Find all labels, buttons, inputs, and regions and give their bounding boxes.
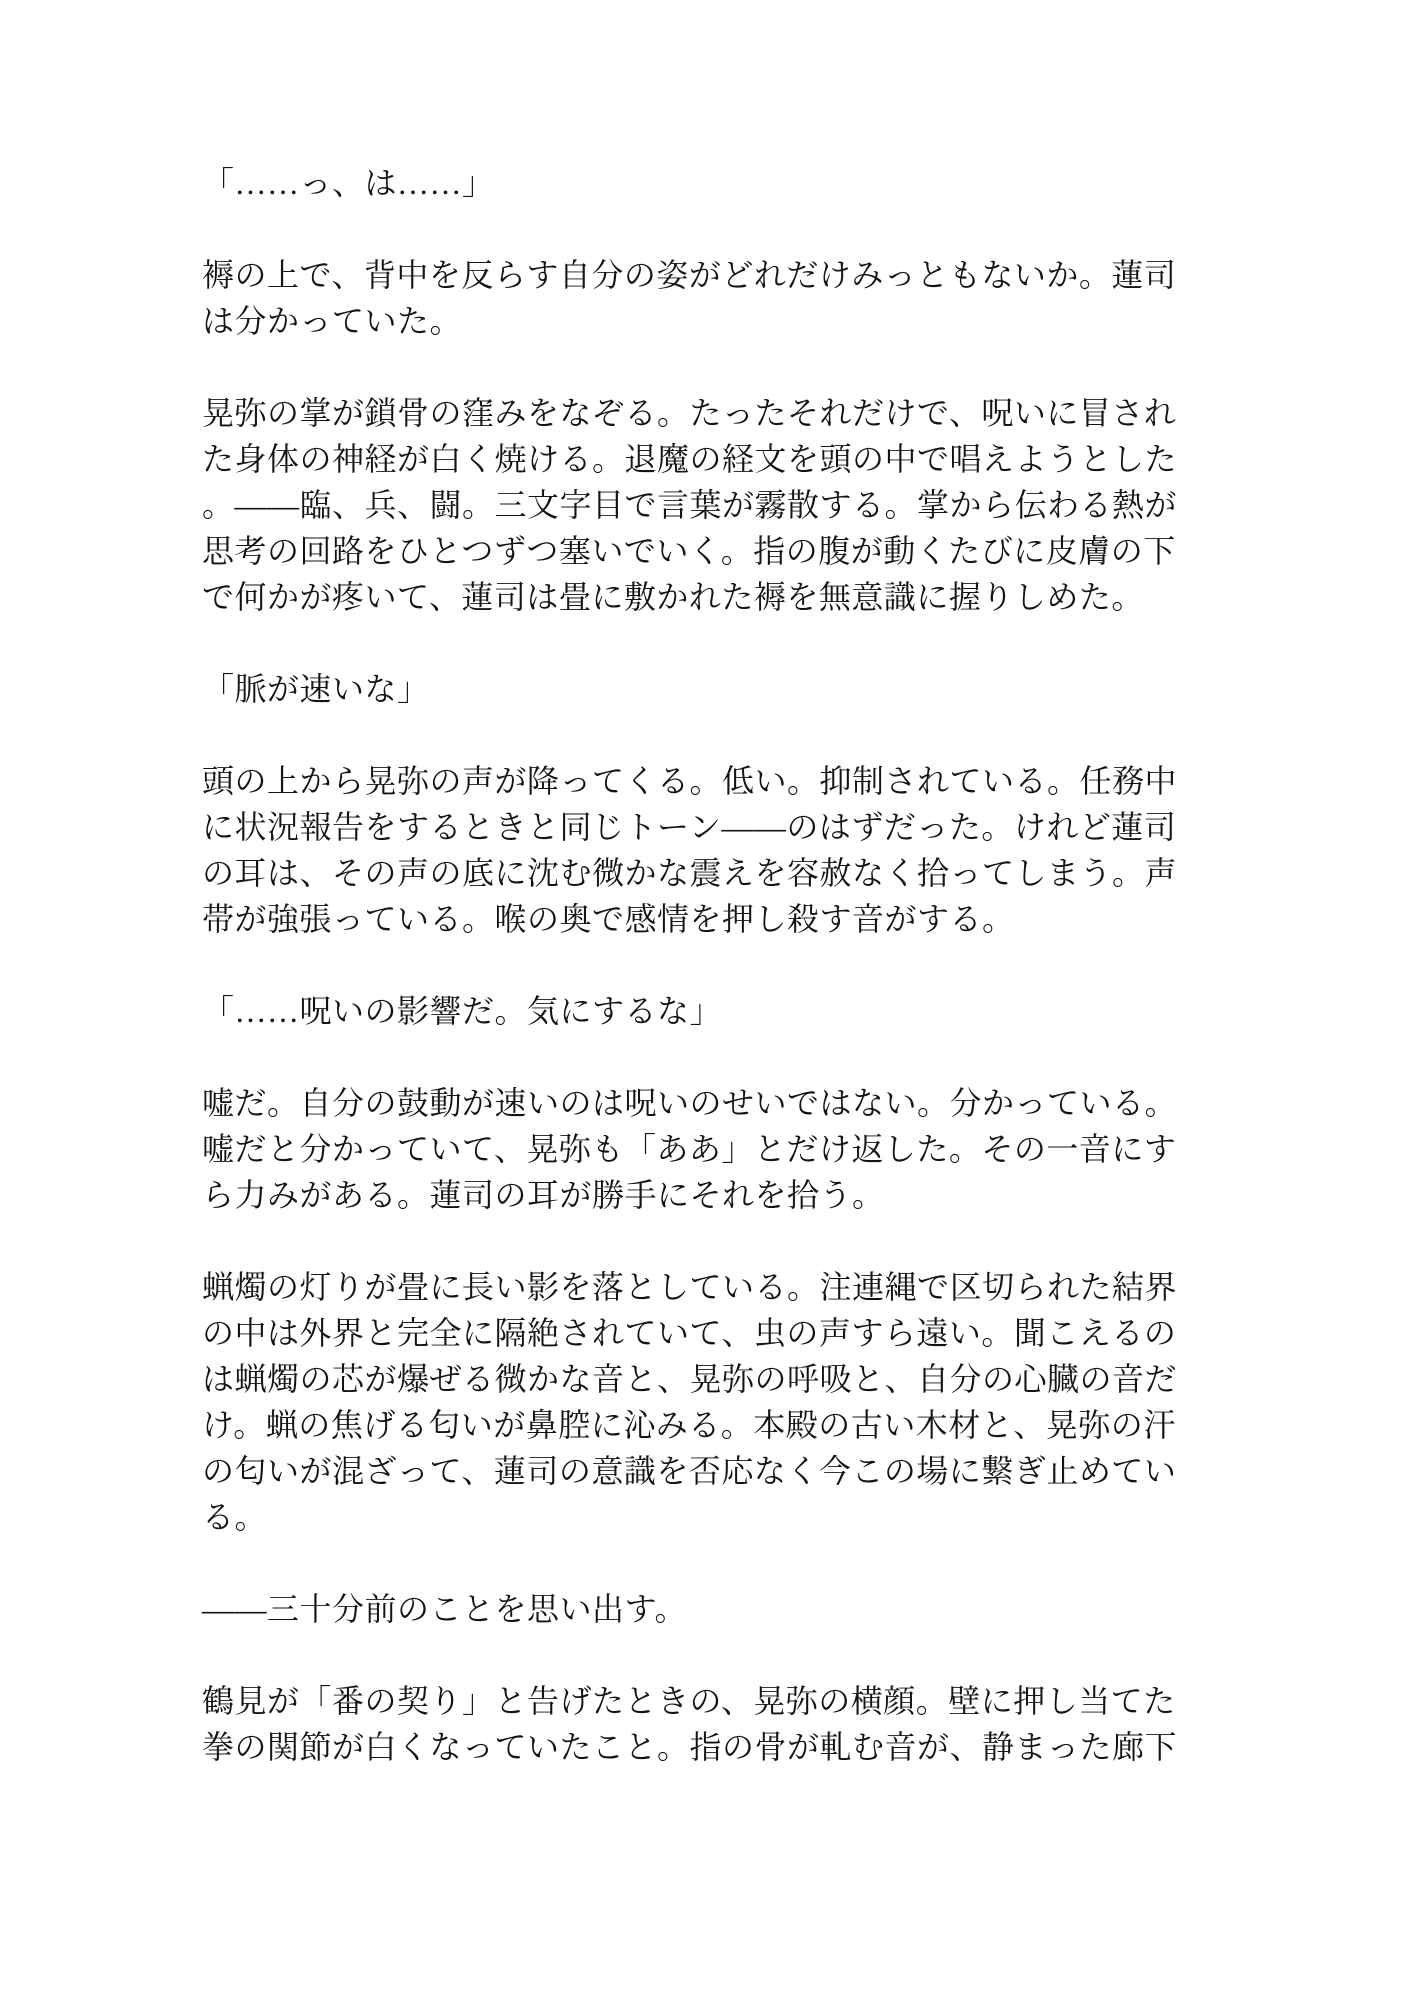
text-line: 思考の回路をひとつずつ塞いでいく。指の腹が動くたびに皮膚の下: [202, 528, 1222, 574]
text-line: 晃弥の掌が鎖骨の窪みをなぞる。たったそれだけで、呪いに冒され: [202, 390, 1222, 436]
text-line: ら力みがある。蓮司の耳が勝手にそれを拾う。: [202, 1172, 1222, 1218]
paragraph: 晃弥の掌が鎖骨の窪みをなぞる。たったそれだけで、呪いに冒された身体の神経が白く焼…: [202, 390, 1222, 620]
paragraph: 「……呪いの影響だ。気にするな」: [202, 988, 1222, 1034]
paragraph: 「脈が速いな」: [202, 666, 1222, 712]
text-line: 嘘だ。自分の鼓動が速いのは呪いのせいではない。分かっている。: [202, 1080, 1222, 1126]
text-line: 帯が強張っている。喉の奥で感情を押し殺す音がする。: [202, 896, 1222, 942]
text-line: 蝋燭の灯りが畳に長い影を落としている。注連縄で区切られた結界: [202, 1264, 1222, 1310]
paragraph: 褥の上で、背中を反らす自分の姿がどれだけみっともないか。蓮司は分かっていた。: [202, 252, 1222, 344]
text-line: の耳は、その声の底に沈む微かな震えを容赦なく拾ってしまう。声: [202, 850, 1222, 896]
paragraph: 「……っ、は……」: [202, 160, 1222, 206]
text-column: 「……っ、は……」褥の上で、背中を反らす自分の姿がどれだけみっともないか。蓮司は…: [202, 160, 1222, 1816]
text-line: の中は外界と完全に隔絶されていて、虫の声すら遠い。聞こえるの: [202, 1310, 1222, 1356]
text-line: は蝋燭の芯が爆ぜる微かな音と、晃弥の呼吸と、自分の心臓の音だ: [202, 1356, 1222, 1402]
text-line: 「脈が速いな」: [202, 666, 1222, 712]
text-line: 嘘だと分かっていて、晃弥も「ああ」とだけ返した。その一音にす: [202, 1126, 1222, 1172]
text-line: 。――臨、兵、闘。三文字目で言葉が霧散する。掌から伝わる熱が: [202, 482, 1222, 528]
paragraph: 蝋燭の灯りが畳に長い影を落としている。注連縄で区切られた結界の中は外界と完全に隔…: [202, 1264, 1222, 1540]
document-page: 「……っ、は……」褥の上で、背中を反らす自分の姿がどれだけみっともないか。蓮司は…: [0, 0, 1415, 2000]
paragraph: ――三十分前のことを思い出す。: [202, 1586, 1222, 1632]
text-line: で何かが疼いて、蓮司は畳に敷かれた褥を無意識に握りしめた。: [202, 574, 1222, 620]
text-line: の匂いが混ざって、蓮司の意識を否応なく今この場に繋ぎ止めてい: [202, 1448, 1222, 1494]
text-line: 拳の関節が白くなっていたこと。指の骨が軋む音が、静まった廊下: [202, 1724, 1222, 1770]
text-line: 「……呪いの影響だ。気にするな」: [202, 988, 1222, 1034]
paragraph: 頭の上から晃弥の声が降ってくる。低い。抑制されている。任務中に状況報告をするとき…: [202, 758, 1222, 942]
text-line: 「……っ、は……」: [202, 160, 1222, 206]
text-line: に状況報告をするときと同じトーン――のはずだった。けれど蓮司: [202, 804, 1222, 850]
text-line: た身体の神経が白く焼ける。退魔の経文を頭の中で唱えようとした: [202, 436, 1222, 482]
text-line: け。蝋の焦げる匂いが鼻腔に沁みる。本殿の古い木材と、晃弥の汗: [202, 1402, 1222, 1448]
text-line: は分かっていた。: [202, 298, 1222, 344]
text-line: 褥の上で、背中を反らす自分の姿がどれだけみっともないか。蓮司: [202, 252, 1222, 298]
text-line: る。: [202, 1494, 1222, 1540]
text-line: 頭の上から晃弥の声が降ってくる。低い。抑制されている。任務中: [202, 758, 1222, 804]
text-line: 鶴見が「番の契り」と告げたときの、晃弥の横顔。壁に押し当てた: [202, 1678, 1222, 1724]
paragraph: 鶴見が「番の契り」と告げたときの、晃弥の横顔。壁に押し当てた拳の関節が白くなって…: [202, 1678, 1222, 1770]
text-line: ――三十分前のことを思い出す。: [202, 1586, 1222, 1632]
paragraph: 嘘だ。自分の鼓動が速いのは呪いのせいではない。分かっている。嘘だと分かっていて、…: [202, 1080, 1222, 1218]
